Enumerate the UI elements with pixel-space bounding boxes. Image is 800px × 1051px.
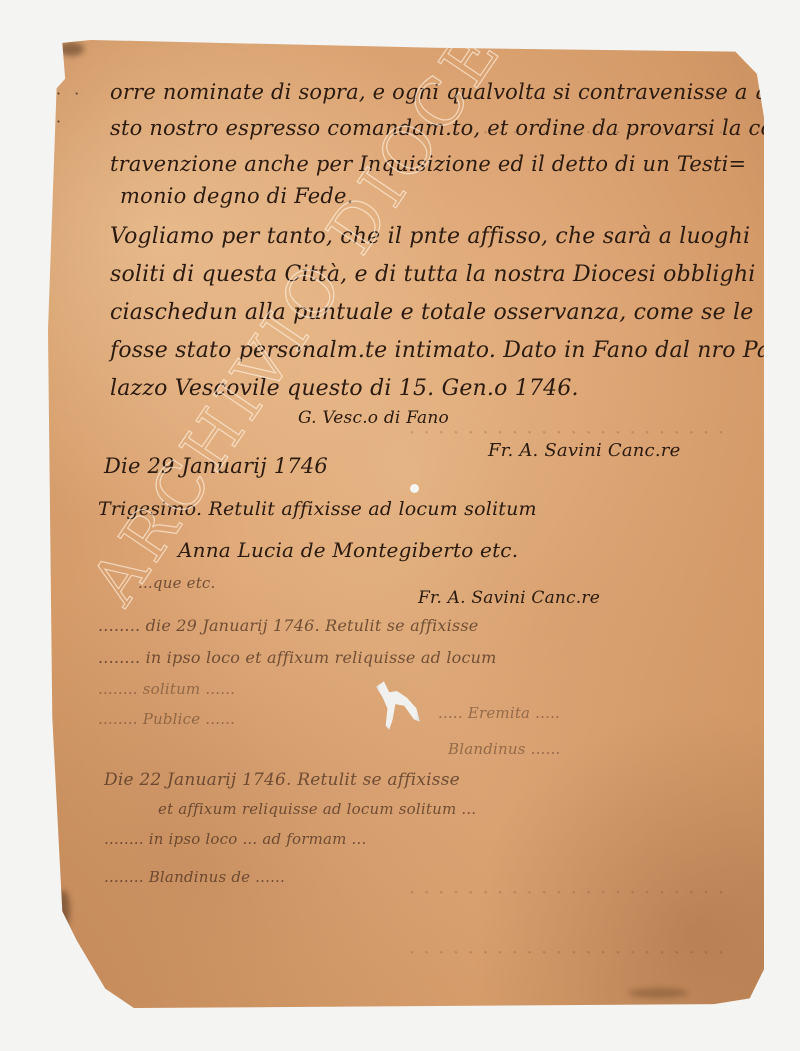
attestation-line: Anna Lucia de Montegiberto etc. xyxy=(178,538,518,562)
attestation-signature: Fr. A. Savini Canc.re xyxy=(418,588,600,608)
attestation-signature: Blandinus ...... xyxy=(448,740,560,758)
attestation-line: ...que etc. xyxy=(138,574,216,592)
margin-marks: · xyxy=(56,112,65,131)
corner-stain xyxy=(58,42,84,56)
text-line: ciaschedun alla puntuale e totale osserv… xyxy=(110,300,753,325)
edge-stain xyxy=(628,988,688,998)
attestation-line: Trigesimo. Retulit affixisse ad locum so… xyxy=(98,498,537,520)
attestation-date: Die 29 Januarij 1746 xyxy=(104,454,328,478)
text-line: sto nostro espresso comandam.to, et ordi… xyxy=(110,116,800,140)
attestation-date: Die 22 Januarij 1746. Retulit se affixis… xyxy=(104,770,460,790)
attestation-line: ........ in ipso loco et affixum reliqui… xyxy=(98,648,497,667)
text-line: travenzione anche per Inquisizione ed il… xyxy=(110,152,746,176)
attestation-line: et affixum reliquisse ad locum solitum .… xyxy=(158,800,476,818)
margin-marks: · · xyxy=(56,84,83,103)
chancellor-signature: Fr. A. Savini Canc.re xyxy=(488,440,680,461)
attestation-signature: ..... Eremita ..... xyxy=(438,704,560,722)
text-line: monio degno di Fede. xyxy=(120,184,354,208)
attestation-line: ........ solitum ...... xyxy=(98,680,235,698)
attestation-line: ........ die 29 Januarij 1746. Retulit s… xyxy=(98,616,478,635)
attestation-line: ........ Blandinus de ...... xyxy=(104,868,285,886)
text-line: fosse stato personalm.te intimato. Dato … xyxy=(110,338,789,363)
attestation-line: ........ Publice ...... xyxy=(98,710,235,728)
bleed-through-text: · · · · · · · · · · · · · · · · · · · · … xyxy=(108,940,724,964)
bishop-signature: G. Vesc.o di Fano xyxy=(298,408,449,428)
manuscript-sheet: · · · · · · · · · · · · · · · · · · · · … xyxy=(48,40,764,1008)
text-line: Vogliamo per tanto, che il pnte affisso,… xyxy=(110,224,750,249)
paper-pinhole xyxy=(410,484,419,493)
edge-stain xyxy=(56,890,70,930)
photo-stage: · · · · · · · · · · · · · · · · · · · · … xyxy=(0,0,800,1051)
attestation-line: ........ in ipso loco ... ad formam ... xyxy=(104,830,366,848)
paper-hole xyxy=(376,676,420,730)
text-line: orre nominate di sopra, e ogni qualvolta… xyxy=(110,80,800,104)
text-line: soliti di questa Città, e di tutta la no… xyxy=(110,262,756,287)
text-line: lazzo Vescovile questo di 15. Gen.o 1746… xyxy=(110,376,579,401)
